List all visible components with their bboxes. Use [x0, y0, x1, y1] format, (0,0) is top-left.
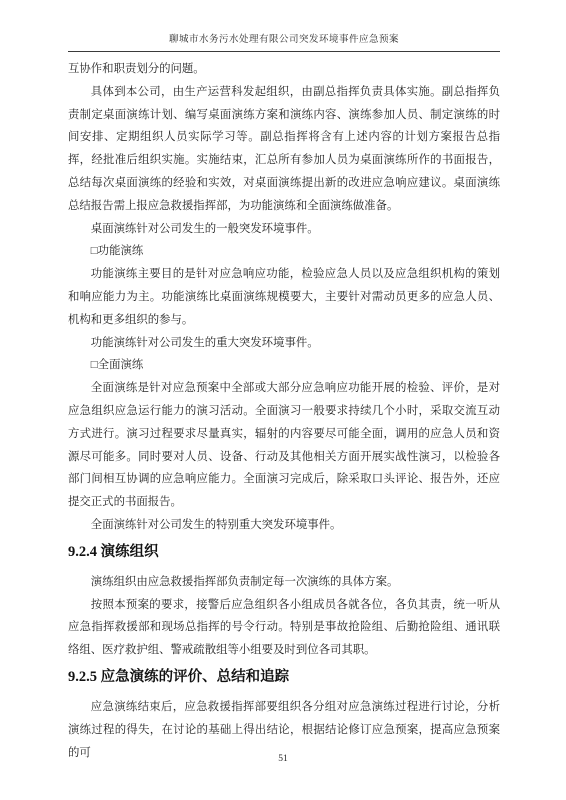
header-rule: 聊城市水务污水处理有限公司突发环境事件应急预案	[68, 34, 500, 52]
page-number: 51	[278, 754, 288, 764]
header-title: 聊城市水务污水处理有限公司突发环境事件应急预案	[68, 34, 500, 46]
paragraph: 桌面演练针对公司发生的一般突发环境事件。	[68, 218, 500, 241]
bullet-item: □功能演练	[68, 240, 500, 263]
section-heading: 9.2.5 应急演练的评价、总结和追踪	[68, 665, 500, 689]
paragraph: 按照本预案的要求，接警后应急组织各小组成员各就各位，各负其责，统一听从应急指挥救…	[68, 594, 500, 662]
page-header: 聊城市水务污水处理有限公司突发环境事件应急预案	[0, 0, 566, 52]
page-footer: 51	[0, 754, 566, 764]
paragraph: 具体到本公司，由生产运营科发起组织，由副总指挥负责具体实施。副总指挥负责制定桌面…	[68, 81, 500, 218]
paragraph: 功能演练针对公司发生的重大突发环境事件。	[68, 332, 500, 355]
section-heading: 9.2.4 演练组织	[68, 540, 500, 564]
paragraph: 功能演练主要目的是针对应急响应功能，检验应急人员以及应急组织机构的策划和响应能力…	[68, 263, 500, 331]
document-page: 聊城市水务污水处理有限公司突发环境事件应急预案 互协作和职责划分的问题。具体到本…	[0, 0, 566, 800]
document-body: 互协作和职责划分的问题。具体到本公司，由生产运营科发起组织，由副总指挥负责具体实…	[0, 52, 566, 764]
paragraph: 演练组织由应急救援指挥部负责制定每一次演练的具体方案。	[68, 571, 500, 594]
paragraph: 全面演练是针对应急预案中全部或大部分应急响应功能开展的检验、评价，是对应急组织应…	[68, 377, 500, 514]
paragraph: 全面演练针对公司发生的特别重大突发环境事件。	[68, 514, 500, 537]
bullet-item: □全面演练	[68, 354, 500, 377]
paragraph-continuation: 互协作和职责划分的问题。	[68, 58, 500, 81]
